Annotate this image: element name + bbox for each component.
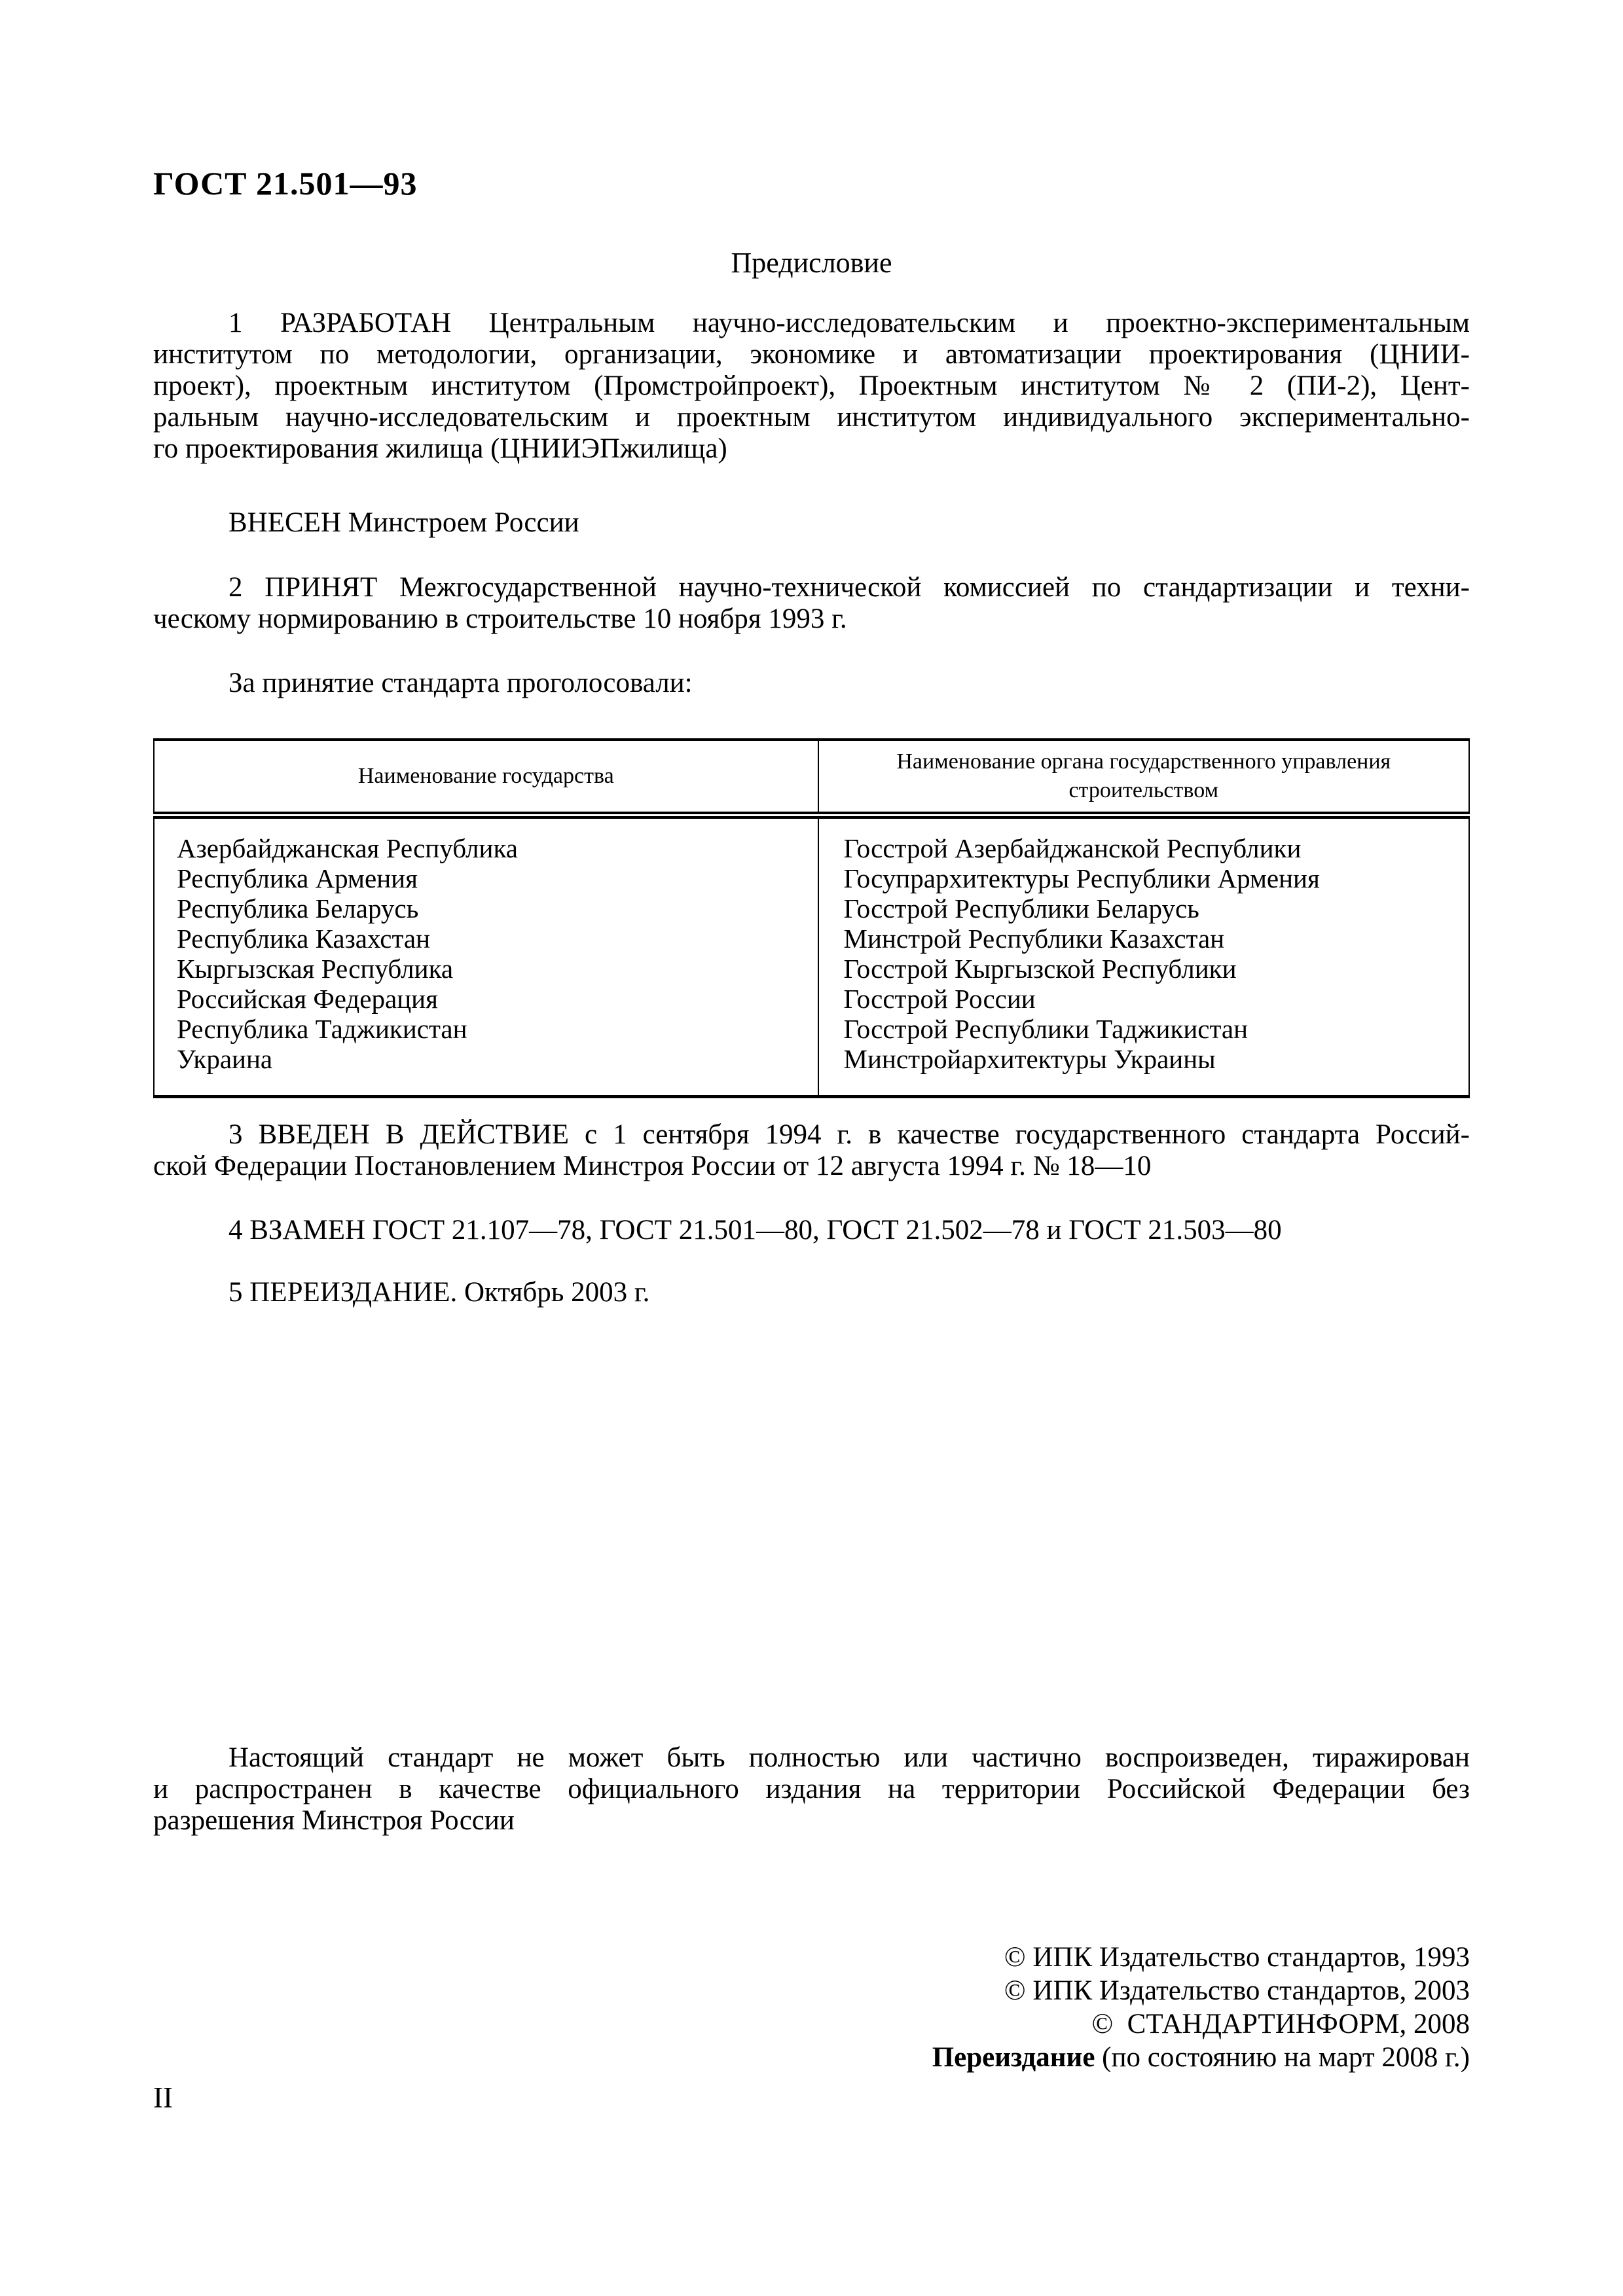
paragraph-effective: 3 ВВЕДЕН В ДЕЙСТВИЕ с 1 сентября 1994 г.… — [153, 1119, 1470, 1182]
paragraph-developed: 1 РАЗРАБОТАН Центральным научно-исследов… — [153, 308, 1470, 465]
paragraph-line: и распространен в качестве официального … — [153, 1774, 1470, 1805]
state-cell: Республика Таджикистан — [154, 1014, 818, 1044]
state-cell: Российская Федерация — [154, 984, 818, 1014]
paragraph-line: ческому нормированию в строительстве 10 … — [153, 603, 1470, 635]
doc-code: ГОСТ 21.501—93 — [153, 165, 1470, 202]
table-row: Азербайджанская Республика Госстрой Азер… — [154, 816, 1469, 864]
state-cell: Республика Беларусь — [154, 893, 818, 924]
paragraph-replaces: 4 ВЗАМЕН ГОСТ 21.107—78, ГОСТ 21.501—80,… — [153, 1215, 1470, 1246]
paragraph-adopted: 2 ПРИНЯТ Межгосударственной научно-техни… — [153, 572, 1470, 635]
column-header-state: Наименование государства — [154, 740, 818, 816]
paragraph-line: ральным научно-исследовательским и проек… — [153, 402, 1470, 433]
paragraph-line: го проектирования жилища (ЦНИИЭПжилища) — [153, 433, 1470, 465]
authority-cell: Госстрой Азербайджанской Республики — [818, 816, 1469, 864]
authority-cell: Госстрой Кыргызской Республики — [818, 954, 1469, 984]
reissue-note: Переиздание (по состоянию на март 2008 г… — [932, 2041, 1470, 2074]
copyright-line: © СТАНДАРТИНФОРМ, 2008 — [932, 2007, 1470, 2041]
authority-cell: Минстрой Республики Казахстан — [818, 924, 1469, 954]
table-row: Российская Федерация Госстрой России — [154, 984, 1469, 1014]
preface-title: Предисловие — [153, 246, 1470, 280]
authority-cell: Госупрархитектуры Республики Армения — [818, 863, 1469, 893]
paragraph-line: 2 ПРИНЯТ Межгосударственной научно-техни… — [153, 572, 1470, 603]
table-row: Украина Минстройархитектуры Украины — [154, 1044, 1469, 1097]
paragraph-line: институтом по методологии, организации, … — [153, 339, 1470, 370]
state-cell: Кыргызская Республика — [154, 954, 818, 984]
authority-cell: Госстрой Республики Беларусь — [818, 893, 1469, 924]
table-row: Республика Беларусь Госстрой Республики … — [154, 893, 1469, 924]
paragraph-line: Настоящий стандарт не может быть полност… — [153, 1742, 1470, 1774]
paragraph-line: ской Федерации Постановлением Минстроя Р… — [153, 1151, 1470, 1182]
copyright-line: © ИПК Издательство стандартов, 2003 — [932, 1974, 1470, 2007]
column-header-authority: Наименование органа государственного упр… — [818, 740, 1469, 816]
table-row: Республика Казахстан Минстрой Республики… — [154, 924, 1469, 954]
paragraph-line: разрешения Минстроя России — [153, 1805, 1470, 1837]
voting-table: Наименование государства Наименование ор… — [153, 738, 1470, 1098]
copyright-block: © ИПК Издательство стандартов, 1993 © ИП… — [932, 1941, 1470, 2074]
state-cell: Республика Армения — [154, 863, 818, 893]
paragraph-reissue: 5 ПЕРЕИЗДАНИЕ. Октябрь 2003 г. — [153, 1277, 1470, 1308]
table-row: Республика Таджикистан Госстрой Республи… — [154, 1014, 1469, 1044]
document-page: ГОСТ 21.501—93 Предисловие 1 РАЗРАБОТАН … — [0, 0, 1623, 2296]
table-row: Кыргызская Республика Госстрой Кыргызско… — [154, 954, 1469, 984]
paragraph-line: 3 ВВЕДЕН В ДЕЙСТВИЕ с 1 сентября 1994 г.… — [153, 1119, 1470, 1151]
authority-cell: Госстрой России — [818, 984, 1469, 1014]
authority-cell: Госстрой Республики Таджикистан — [818, 1014, 1469, 1044]
state-cell: Республика Казахстан — [154, 924, 818, 954]
reissue-note-bold: Переиздание — [932, 2042, 1095, 2073]
copyright-line: © ИПК Издательство стандартов, 1993 — [932, 1941, 1470, 1974]
state-cell: Украина — [154, 1044, 818, 1097]
restriction-paragraph: Настоящий стандарт не может быть полност… — [153, 1742, 1470, 1837]
state-cell: Азербайджанская Республика — [154, 816, 818, 864]
page-number: II — [153, 2081, 1470, 2114]
authority-cell: Минстройархитектуры Украины — [818, 1044, 1469, 1097]
table-header-row: Наименование государства Наименование ор… — [154, 740, 1469, 816]
paragraph-submitted: ВНЕСЕН Минстроем России — [153, 507, 1470, 539]
reissue-note-rest: (по состоянию на март 2008 г.) — [1095, 2042, 1470, 2073]
paragraph-line: 1 РАЗРАБОТАН Центральным научно-исследов… — [153, 308, 1470, 339]
vote-intro: За принятие стандарта проголосовали: — [153, 668, 1470, 699]
paragraph-line: проект), проектным институтом (Промстрой… — [153, 370, 1470, 402]
table-row: Республика Армения Госупрархитектуры Рес… — [154, 863, 1469, 893]
